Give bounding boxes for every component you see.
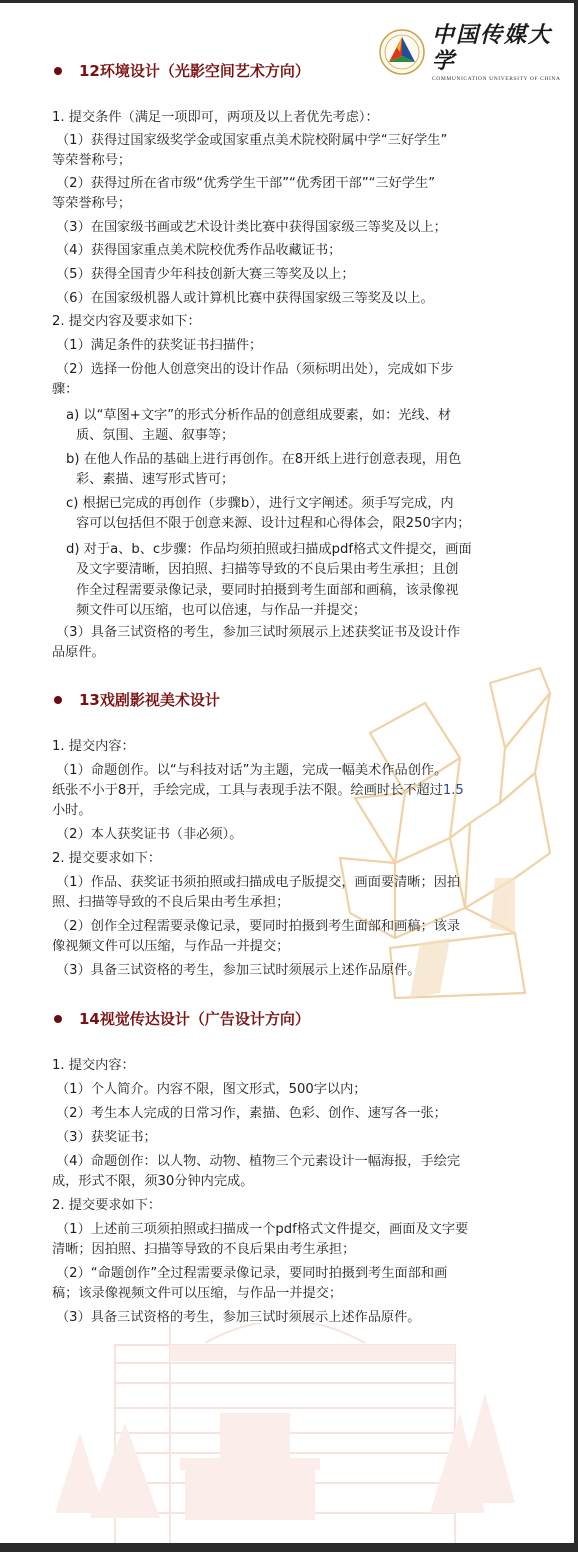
requirement-line: 等荣誉称号； bbox=[52, 194, 131, 214]
requirement-line: （2）考生本人完成的日常习作，素描、色彩、创作、速写各一张； bbox=[56, 1104, 447, 1124]
requirement-line: 清晰；因拍照、扫描等导致的不良后果由考生承担； bbox=[52, 1240, 355, 1260]
requirement-line: （2）获得过所在省市级“优秀学生干部”“优秀团干部”“三好学生” bbox=[56, 174, 435, 194]
requirement-line: （5）获得全国青少年科技创新大赛三等奖及以上； bbox=[56, 265, 355, 285]
requirement-line: 品原件。 bbox=[52, 643, 105, 663]
requirement-line: 成，形式不限，须30分钟内完成。 bbox=[52, 1172, 253, 1192]
requirement-line: （3）具备三试资格的考生，参加三试时须展示上述作品原件。 bbox=[56, 961, 420, 981]
requirement-line: （1）命题创作。以“与科技对话”为主题，完成一幅美术作品创作。 bbox=[56, 761, 447, 781]
requirement-line: 2. 提交内容及要求如下： bbox=[52, 312, 201, 332]
requirement-line: （3）在国家级书画或艺术设计类比赛中获得国家级三等奖及以上； bbox=[56, 218, 447, 238]
bullet-icon bbox=[54, 696, 62, 704]
requirement-line: a) 以“草图+文字”的形式分析作品的创意组成要素，如：光线、材 bbox=[66, 406, 451, 426]
bullet-icon bbox=[54, 67, 62, 75]
university-emblem-icon bbox=[378, 28, 426, 76]
requirement-line: 像视频文件可以压缩，与作品一并提交； bbox=[52, 937, 289, 957]
section-title-text: 13戏剧影视美术设计 bbox=[79, 689, 220, 710]
requirement-line: 频文件可以压缩，也可以倍速，与作品一并提交； bbox=[76, 601, 366, 621]
requirement-line: 2. 提交要求如下： bbox=[52, 849, 161, 869]
campus-building-watermark-icon bbox=[55, 1323, 515, 1543]
requirement-line: 2. 提交要求如下： bbox=[52, 1196, 161, 1216]
viewer-bottom-bar bbox=[0, 1543, 578, 1552]
requirement-line: 1. 提交内容： bbox=[52, 1056, 135, 1076]
requirement-line: （3）具备三试资格的考生，参加三试时须展示上述获奖证书及设计作 bbox=[56, 623, 460, 643]
requirement-line: （6）在国家级机器人或计算机比赛中获得国家级三等奖及以上。 bbox=[56, 289, 434, 309]
document-page: 中国传媒大学 COMMUNICATION UNIVERSITY OF CHINA… bbox=[0, 3, 574, 1543]
university-name-cn: 中国传媒大学 bbox=[432, 22, 564, 74]
requirement-line: d) 对于a、b、c步骤：作品均须拍照或扫描成pdf格式文件提交，画面 bbox=[66, 540, 472, 560]
bullet-icon bbox=[54, 1015, 62, 1023]
requirement-text: 纸张不小于8开，手绘完成，工具与表现手法不限。绘画时长不超过 bbox=[52, 783, 443, 798]
requirement-line: 纸张不小于8开，手绘完成，工具与表现手法不限。绘画时长不超过1.5 bbox=[52, 781, 464, 801]
requirement-line: （2）选择一份他人创意突出的设计作品（须标明出处），完成如下步 bbox=[56, 360, 453, 380]
requirement-line: c) 根据已完成的再创作（步骤b），进行文字阐述。须手写完成，内 bbox=[66, 494, 454, 514]
requirement-line: 稿；该录像视频文件可以压缩，与作品一并提交； bbox=[52, 1284, 342, 1304]
requirement-line: （1）个人简介。内容不限，图文形式，500字以内； bbox=[56, 1080, 367, 1100]
requirement-line: （1）获得过国家级奖学金或国家重点美术院校附属中学“三好学生” bbox=[56, 131, 447, 151]
university-name-en: COMMUNICATION UNIVERSITY OF CHINA bbox=[432, 76, 561, 82]
requirement-line: 及文字要清晰，因拍照、扫描等导致的不良后果由考生承担；且创 bbox=[76, 560, 458, 580]
requirement-line: （3）获奖证书； bbox=[56, 1128, 157, 1148]
section-title-text: 14视觉传达设计（广告设计方向） bbox=[79, 1008, 310, 1029]
requirement-line: （3）具备三试资格的考生，参加三试时须展示上述作品原件。 bbox=[56, 1308, 420, 1328]
section-title-13: 13戏剧影视美术设计 bbox=[54, 689, 220, 710]
requirement-line: （1）作品、获奖证书须拍照或扫描成电子版提交，画面要清晰；因拍 bbox=[56, 873, 460, 893]
requirement-line: （2）本人获奖证书（非必须）。 bbox=[56, 825, 242, 845]
section-title-14: 14视觉传达设计（广告设计方向） bbox=[54, 1008, 310, 1029]
requirement-line: b) 在他人作品的基础上进行再创作。在8开纸上进行创意表现，用色 bbox=[66, 450, 461, 470]
requirement-line: 等荣誉称号； bbox=[52, 151, 131, 171]
requirement-line: （2）创作全过程需要录像记录，要同时拍摄到考生面部和画稿；该录 bbox=[56, 917, 460, 937]
requirement-line: 作全过程需要录像记录，要同时拍摄到考生面部和画稿，该录像视 bbox=[76, 581, 458, 601]
requirement-line: （1）上述前三项须拍照或扫描成一个pdf格式文件提交，画面及文字要 bbox=[56, 1220, 468, 1240]
requirement-line: 骤： bbox=[52, 380, 78, 400]
requirement-line: 彩、素描、速写形式皆可； bbox=[76, 470, 234, 490]
requirement-line: （4）获得国家重点美术院校优秀作品收藏证书； bbox=[56, 241, 341, 261]
requirement-line: 照、扫描等导致的不良后果由考生承担； bbox=[52, 893, 289, 913]
requirement-line: （4）命题创作：以人物、动物、植物三个元素设计一幅海报，手绘完 bbox=[56, 1152, 460, 1172]
duration-value: 1.5 bbox=[443, 783, 464, 798]
requirement-line: （1）满足条件的获奖证书扫描件； bbox=[56, 336, 262, 356]
requirement-line: 1. 提交条件（满足一项即可，两项及以上者优先考虑）： bbox=[52, 108, 379, 128]
university-logo: 中国传媒大学 COMMUNICATION UNIVERSITY OF CHINA bbox=[378, 27, 564, 77]
requirement-line: 1. 提交内容： bbox=[52, 737, 135, 757]
section-title-12: 12环境设计（光影空间艺术方向） bbox=[54, 60, 310, 81]
requirement-line: 质、氛围、主题、叙事等； bbox=[76, 426, 234, 446]
requirement-line: （2）“命题创作”全过程需要录像记录，要同时拍摄到考生面部和画 bbox=[56, 1264, 447, 1284]
sculpture-watermark-icon bbox=[300, 663, 574, 1003]
requirement-line: 小时。 bbox=[52, 801, 92, 821]
requirement-line: 容可以包括但不限于创意来源、设计过程和心得体会，限250字内； bbox=[76, 514, 470, 534]
section-title-text: 12环境设计（光影空间艺术方向） bbox=[79, 60, 310, 81]
